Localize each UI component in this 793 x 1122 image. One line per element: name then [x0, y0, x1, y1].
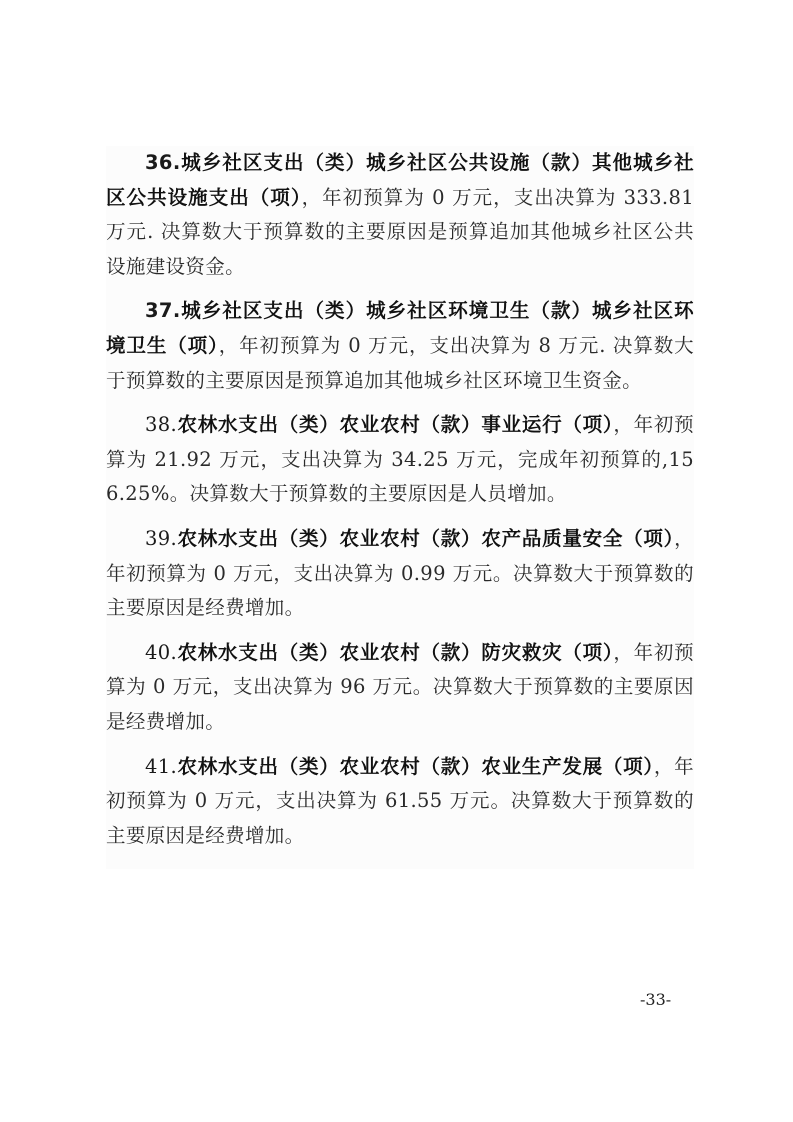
item-title: 农林水支出（类）农业农村（款）防灾救灾（项） — [177, 641, 613, 664]
document-body: 36.城乡社区支出（类）城乡社区公共设施（款）其他城乡社区公共设施支出（项），年… — [106, 146, 694, 869]
paragraph-36: 36.城乡社区支出（类）城乡社区公共设施（款）其他城乡社区公共设施支出（项），年… — [106, 146, 694, 284]
paragraph-37: 37.城乡社区支出（类）城乡社区环境卫生（款）城乡社区环境卫生（项），年初预算为… — [106, 294, 694, 398]
page-number: -33- — [640, 990, 671, 1009]
item-title: 农林水支出（类）农业农村（款）农业生产发展（项） — [177, 755, 654, 778]
item-title: 农林水支出（类）农业农村（款）农产品质量安全（项） — [177, 527, 674, 550]
item-number: 38. — [145, 413, 177, 436]
item-number: 40. — [145, 641, 177, 664]
item-number: 37. — [145, 299, 181, 322]
paragraph-38: 38.农林水支出（类）农业农村（款）事业运行（项），年初预算为 21.92 万元… — [106, 408, 694, 512]
item-number: 36. — [145, 151, 181, 174]
paragraph-41: 41.农林水支出（类）农业农村（款）农业生产发展（项），年初预算为 0 万元，支… — [106, 750, 694, 854]
paragraph-39: 39.农林水支出（类）农业农村（款）农产品质量安全（项），年初预算为 0 万元，… — [106, 522, 694, 626]
paragraph-40: 40.农林水支出（类）农业农村（款）防灾救灾（项），年初预算为 0 万元，支出决… — [106, 636, 694, 740]
item-title: 农林水支出（类）农业农村（款）事业运行（项） — [177, 413, 613, 436]
item-number: 39. — [145, 527, 177, 550]
item-number: 41. — [145, 755, 177, 778]
